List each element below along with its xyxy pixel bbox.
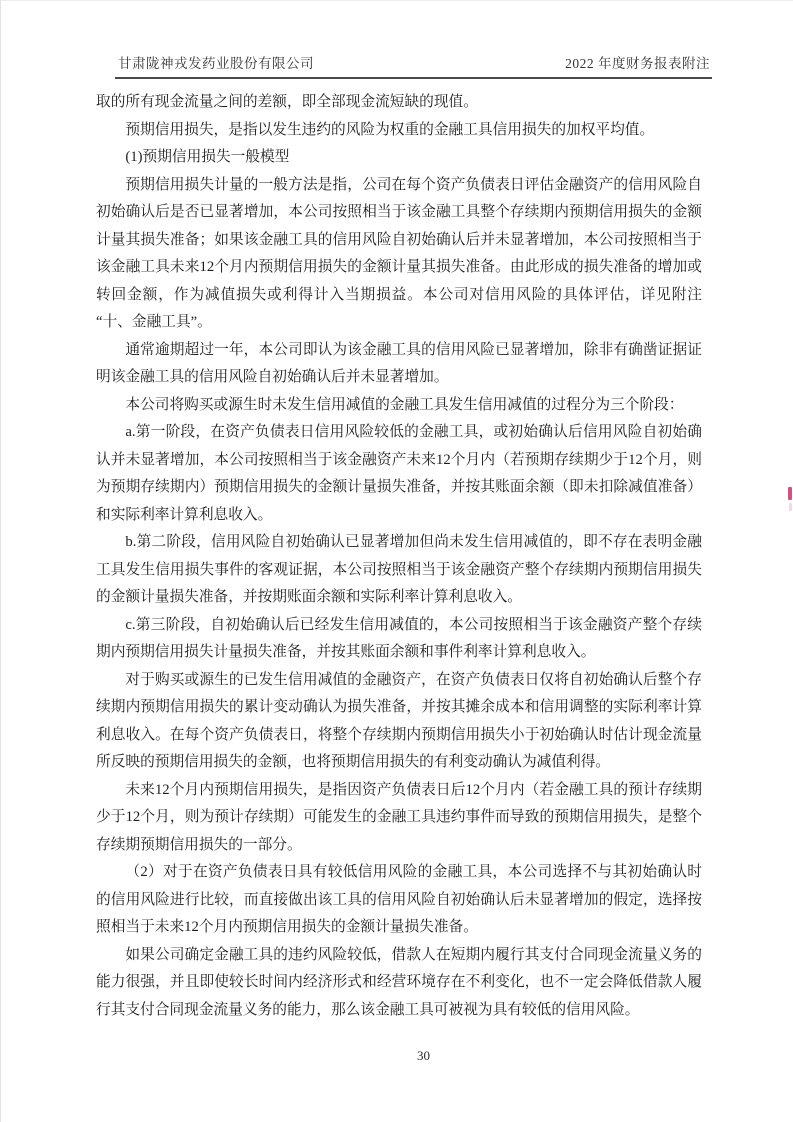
header-report-title: 2022 年度财务报表附注 [565,52,710,72]
scan-artifact-red-mark-light [789,503,792,511]
paragraph: b.第二阶段，信用风险自初始确认已显著增加但尚未发生信用减值的，即不存在表明金融… [96,529,702,612]
paragraph: 对于购买或源生的已发生信用减值的金融资产，在资产负债表日仅将自初始确认后整个存续… [96,667,702,777]
document-page: 甘肃陇神戎发药业股份有限公司 2022 年度财务报表附注 取的所有现金流量之间的… [0,0,793,1122]
paragraph: 本公司将购买或源生时未发生信用减值的金融工具发生信用减值的过程分为三个阶段： [96,392,702,420]
scan-artifact-red-mark [788,487,792,500]
header-company-name: 甘肃陇神戎发药业股份有限公司 [118,52,314,72]
paragraph: c.第三阶段，自初始确认后已经发生信用减值的，本公司按照相当于该金融资产整个存续… [96,612,702,667]
paragraph: 如果公司确定金融工具的违约风险较低，借款人在短期内履行其支付合同现金流量义务的能… [96,942,702,1025]
paragraph: a.第一阶段，在资产负债表日信用风险较低的金融工具，或初始确认后信用风险自初始确… [96,419,702,529]
paragraph: 通常逾期超过一年，本公司即认为该金融工具的信用风险已显著增加，除非有确凿证据证明… [96,337,702,392]
paragraph: （2）对于在资产负债表日具有较低信用风险的金融工具，本公司选择不与其初始确认时的… [96,859,702,942]
header-rule [115,77,712,79]
document-body: 取的所有现金流量之间的差额，即全部现金流短缺的现值。预期信用损失，是指以发生违约… [96,89,702,1024]
paragraph: 预期信用损失，是指以发生违约的风险为权重的金融工具信用损失的加权平均值。 [96,117,702,145]
paragraph: 未来12个月内预期信用损失，是指因资产负债表日后12个月内（若金融工具的预计存续… [96,777,702,860]
paragraph: 预期信用损失计量的一般方法是指，公司在每个资产负债表日评估金融资产的信用风险自初… [96,172,702,337]
paragraph: (1)预期信用损失一般模型 [96,144,702,172]
page-number: 30 [0,1048,793,1064]
page-header: 甘肃陇神戎发药业股份有限公司 2022 年度财务报表附注 [118,52,710,72]
paragraph: 取的所有现金流量之间的差额，即全部现金流短缺的现值。 [96,89,702,117]
